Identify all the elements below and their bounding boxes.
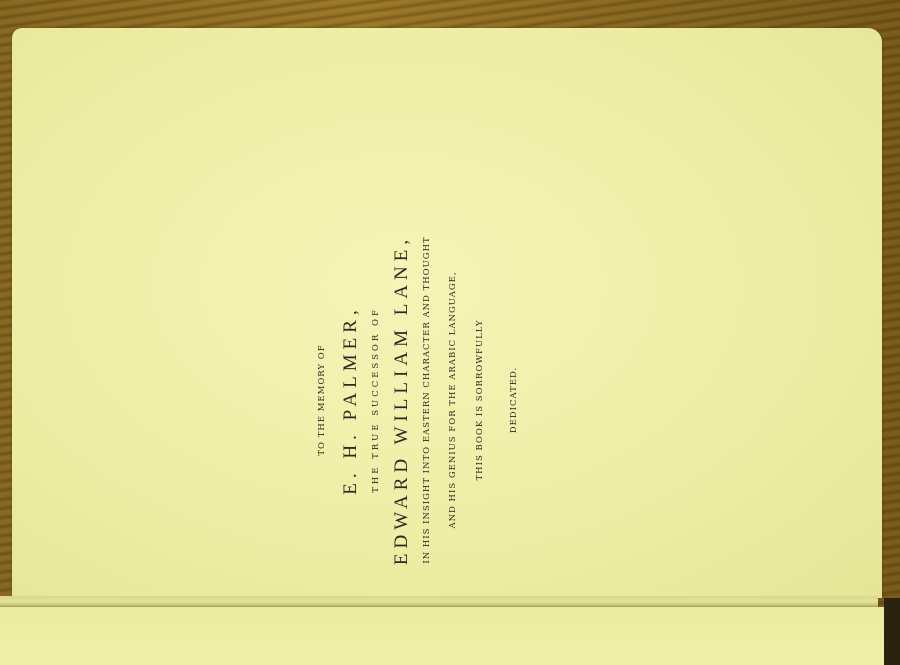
dedication-block: TO THE MEMORY OF E. H. PALMER, THE TRUE … (318, 180, 518, 620)
dedication-line-sorrowfully: THIS BOOK IS SORROWFULLY (476, 180, 485, 620)
dedication-line-memory: TO THE MEMORY OF (318, 180, 327, 620)
dedication-line-genius: AND HIS GENIUS FOR THE ARABIC LANGUAGE, (449, 180, 458, 620)
dedication-line-insight: IN HIS INSIGHT INTO EASTERN CHARACTER AN… (423, 180, 432, 620)
dedication-line-dedicated: DEDICATED. (510, 180, 519, 620)
dedication-name-palmer: E. H. PALMER, (341, 180, 360, 620)
dedication-name-lane: EDWARD WILLIAM LANE, (392, 180, 411, 620)
dedication-line-successor: THE TRUE SUCCESSOR OF (372, 180, 381, 620)
binding-shadow (884, 598, 900, 665)
